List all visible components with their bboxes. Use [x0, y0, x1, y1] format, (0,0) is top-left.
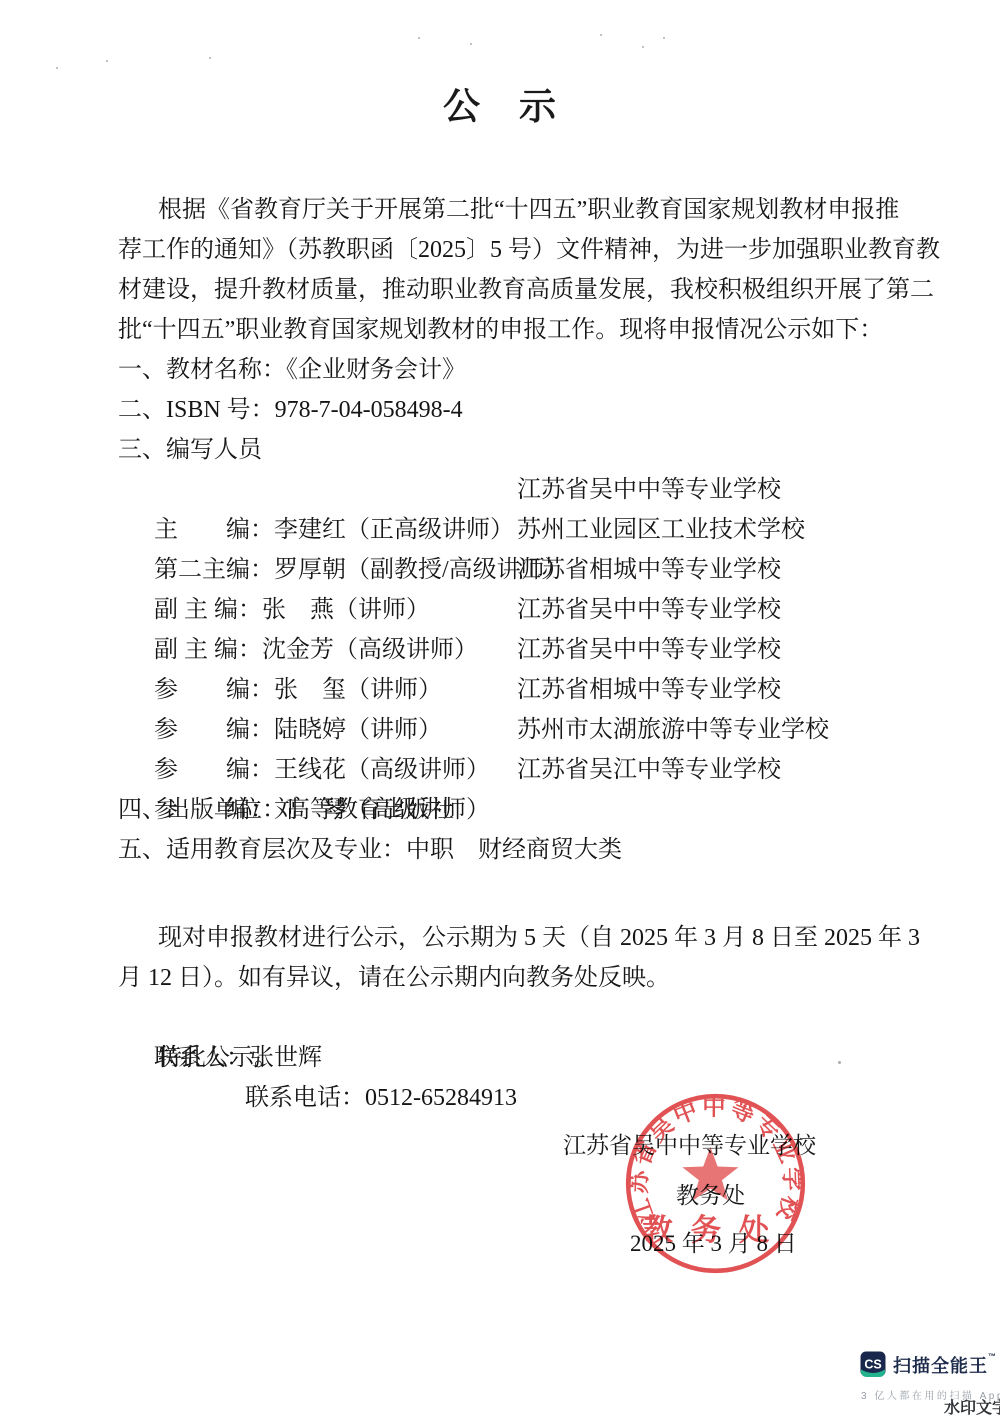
- editor-role-name: 参 编：刘 琴（高级讲师）: [154, 797, 490, 823]
- editor-row: 参 编：刘 琴（高级讲师） 江苏省吴江中等专业学校: [118, 750, 893, 790]
- contact-phone: 联系电话：0512-65284913: [245, 1085, 517, 1111]
- paragraph1-line: 荐工作的通知》（苏教职函〔2025〕5 号）文件精神，为进一步加强职业教育教: [118, 230, 893, 270]
- paragraph1-line: 根据《省教育厅关于开展第二批“十四五”职业教育国家规划教材申报推: [118, 190, 893, 230]
- editor-school: 苏州工业园区工业技术学校: [517, 510, 805, 550]
- editor-row: 副 主 编：张 燕（讲师） 江苏省相城中等专业学校: [118, 550, 893, 590]
- scanned-notice-page: 公 示 根据《省教育厅关于开展第二批“十四五”职业教育国家规划教材申报推 荐工作…: [0, 0, 1000, 1415]
- scan-speck: [663, 37, 665, 39]
- list-item-isbn: 二、ISBN 号：978-7-04-058498-4: [118, 390, 893, 430]
- scan-speck: [600, 34, 602, 36]
- editor-school: 江苏省吴江中等专业学校: [517, 750, 781, 790]
- editor-row: 第二主编：罗厚朝（副教授/高级讲师） 苏州工业园区工业技术学校: [118, 510, 893, 550]
- list-item-editors-heading: 三、编写人员: [118, 430, 893, 470]
- paragraph1-line: 批“十四五”职业教育国家规划教材的申报工作。现将申报情况公示如下：: [118, 310, 893, 350]
- paragraph2-line: 月 12 日）。如有异议，请在公示期内向教务处反映。: [118, 958, 893, 998]
- paragraph1-line: 材建设，提升教材质量，推动职业教育高质量发展，我校积极组织开展了第二: [118, 270, 893, 310]
- scan-speck: [56, 67, 58, 69]
- editor-school: 江苏省吴中中等专业学校: [517, 630, 781, 670]
- editor-school: 江苏省吴中中等专业学校: [517, 470, 781, 510]
- signature-date: 2025 年 3 月 8 日: [630, 1225, 797, 1258]
- scan-speck: [209, 57, 211, 59]
- editor-row: 参 编：王线花（高级讲师） 苏州市太湖旅游中等专业学校: [118, 710, 893, 750]
- watermark-text: 水印文字: [944, 1395, 1000, 1415]
- editor-row: 参 编：张 玺（讲师） 江苏省吴中中等专业学校: [118, 630, 893, 670]
- blank-line: [118, 870, 893, 918]
- editor-school: 江苏省相城中等专业学校: [517, 670, 781, 710]
- list-item-education-level: 五、适用教育层次及专业：中职 财经商贸大类: [118, 830, 893, 870]
- scan-speck: [642, 46, 644, 48]
- editor-row: 副 主 编：沈金芳（高级讲师） 江苏省吴中中等专业学校: [118, 590, 893, 630]
- editor-school: 苏州市太湖旅游中等专业学校: [517, 710, 829, 750]
- editor-row: 主 编：李建红（正高级讲师） 江苏省吴中中等专业学校: [118, 470, 893, 510]
- camscanner-logo-icon: CS: [860, 1351, 886, 1379]
- scanner-app-name: 扫描全能王™: [893, 1352, 997, 1378]
- page-title: 公 示: [0, 76, 1000, 130]
- scan-speck: [106, 60, 108, 62]
- list-item-textbook-name: 一、教材名称：《企业财务会计》: [118, 350, 893, 390]
- editor-row: 参 编：陆晓婷（讲师） 江苏省相城中等专业学校: [118, 670, 893, 710]
- document-body: 根据《省教育厅关于开展第二批“十四五”职业教育国家规划教材申报推 荐工作的通知》…: [118, 190, 893, 1078]
- signature-school: 江苏省吴中中等专业学校: [563, 1127, 816, 1160]
- scan-speck: [470, 43, 472, 45]
- closing-statement: 特此公示。: [118, 1038, 893, 1078]
- svg-text:CS: CS: [864, 1358, 881, 1372]
- signature-department: 教务处: [676, 1177, 745, 1210]
- trademark-symbol: ™: [988, 1352, 997, 1361]
- contact-line: 联系人：张世辉 联系电话：0512-65284913: [118, 998, 893, 1038]
- editor-school: 江苏省吴中中等专业学校: [517, 590, 781, 630]
- editor-school: 江苏省相城中等专业学校: [517, 550, 781, 590]
- scan-speck: [418, 37, 420, 39]
- scanner-watermark: CS 扫描全能王™: [860, 1351, 997, 1379]
- paragraph2-line: 现对申报教材进行公示，公示期为 5 天（自 2025 年 3 月 8 日至 20…: [118, 918, 893, 958]
